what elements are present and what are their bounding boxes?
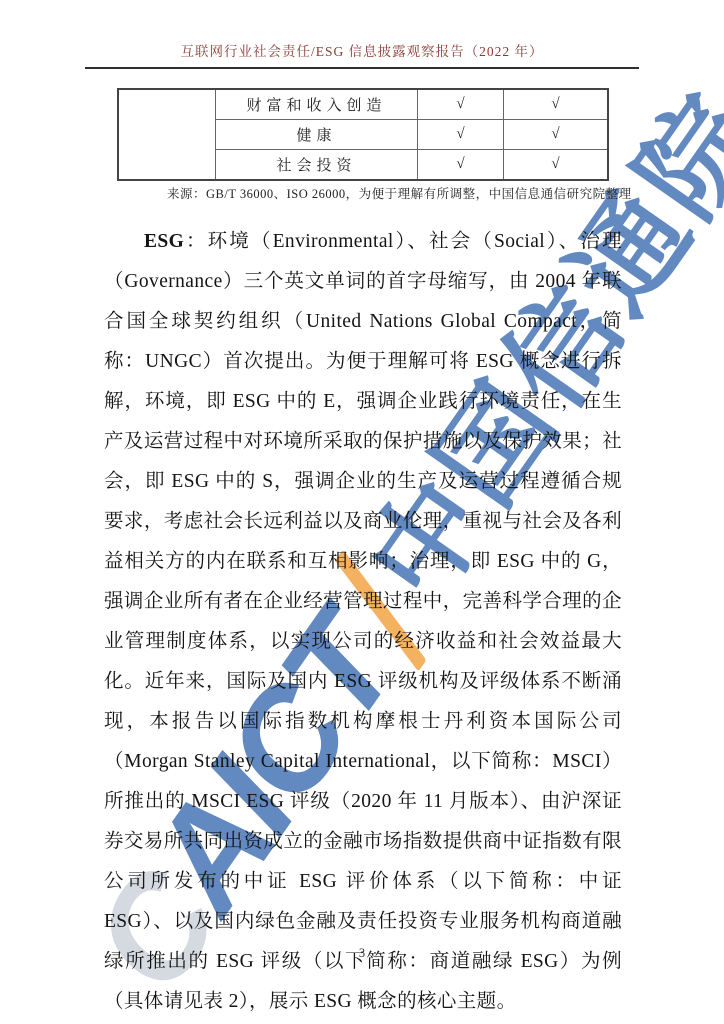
body-lead-term: ESG bbox=[144, 231, 184, 252]
table-cell-check: √ bbox=[504, 89, 609, 120]
body-text: ：环境（Environmental）、社会（Social）、治理（Governa… bbox=[104, 231, 622, 1012]
table-cell-check: √ bbox=[418, 120, 504, 150]
table-cell-check: √ bbox=[504, 150, 609, 181]
table-merged-cell bbox=[118, 89, 216, 180]
document-page: CAICT 中国信通院 互联网行业社会责任/ESG 信息披露观察报告（2022 … bbox=[0, 0, 724, 1024]
table-cell-topic: 健康 bbox=[216, 120, 418, 150]
table-source-note: 来源：GB/T 36000、ISO 26000，为便于理解有所调整，中国信息通信… bbox=[167, 184, 637, 202]
table-cell-topic: 财富和收入创造 bbox=[216, 89, 418, 120]
page-header-title: 互联网行业社会责任/ESG 信息披露观察报告（2022 年） bbox=[0, 40, 724, 60]
body-paragraph: ESG：环境（Environmental）、社会（Social）、治理（Gove… bbox=[104, 222, 622, 1022]
table-cell-check: √ bbox=[418, 89, 504, 120]
table-cell-topic: 社会投资 bbox=[216, 150, 418, 181]
table-cell-check: √ bbox=[504, 120, 609, 150]
esg-topics-table: 财富和收入创造 √ √ 健康 √ √ 社会投资 √ √ bbox=[117, 88, 609, 181]
page-number: 3 bbox=[0, 946, 724, 961]
table-cell-check: √ bbox=[418, 150, 504, 181]
header-rule bbox=[85, 67, 639, 69]
table-row: 财富和收入创造 √ √ bbox=[118, 89, 608, 120]
